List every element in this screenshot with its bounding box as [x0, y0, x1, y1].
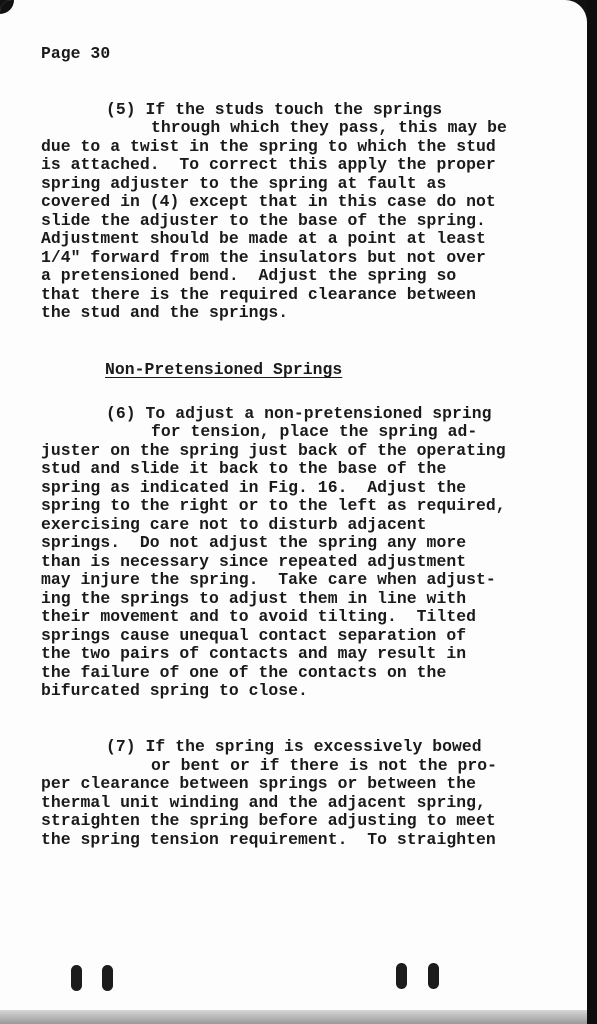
text-line: the failure of one of the contacts on th… — [41, 663, 446, 682]
text-line: juster on the spring just back of the op… — [41, 441, 506, 460]
text-line: their movement and to avoid tilting. Til… — [41, 607, 476, 626]
text-line: slide the adjuster to the base of the sp… — [41, 211, 486, 230]
text-line: bifurcated spring to close. — [41, 681, 308, 700]
text-line: thermal unit winding and the adjacent sp… — [41, 793, 486, 812]
text-line: per clearance between springs or between… — [41, 774, 476, 793]
text-line: a pretensioned bend. Adjust the spring s… — [41, 266, 456, 285]
section-heading: Non-Pretensioned Springs — [105, 360, 342, 379]
text-line: is attached. To correct this apply the p… — [41, 155, 496, 174]
text-line: that there is the required clearance bet… — [41, 285, 476, 304]
text-line: due to a twist in the spring to which th… — [41, 137, 496, 156]
text-line: the stud and the springs. — [41, 303, 288, 322]
scan-bottom-edge — [0, 1010, 597, 1024]
text-line: the spring tension requirement. To strai… — [41, 830, 496, 849]
text-line: 1/4" forward from the insulators but not… — [41, 248, 486, 267]
binder-hole — [102, 965, 113, 991]
binder-hole — [396, 963, 407, 989]
scan-right-edge — [587, 0, 597, 1024]
text-line: through which they pass, this may be — [151, 118, 507, 137]
text-line: stud and slide it back to the base of th… — [41, 459, 446, 478]
text-line: the two pairs of contacts and may result… — [41, 644, 466, 663]
text-line: spring adjuster to the spring at fault a… — [41, 174, 446, 193]
text-line: exercising care not to disturb adjacent — [41, 515, 427, 534]
text-line: springs cause unequal contact separation… — [41, 626, 466, 645]
text-line: Adjustment should be made at a point at … — [41, 229, 486, 248]
text-line: may injure the spring. Take care when ad… — [41, 570, 496, 589]
text-line: (5) If the studs touch the springs — [106, 100, 442, 119]
page-number: Page 30 — [41, 44, 110, 63]
text-line: straighten the spring before adjusting t… — [41, 811, 496, 830]
scan-corner — [0, 0, 14, 14]
document-page: Page 30 (5) If the studs touch the sprin… — [0, 0, 587, 1012]
text-line: covered in (4) except that in this case … — [41, 192, 496, 211]
text-line: spring to the right or to the left as re… — [41, 496, 506, 515]
text-line: (6) To adjust a non-pretensioned spring — [106, 404, 492, 423]
binder-hole — [71, 965, 82, 991]
text-line: than is necessary since repeated adjustm… — [41, 552, 466, 571]
text-line: (7) If the spring is excessively bowed — [106, 737, 482, 756]
text-line: spring as indicated in Fig. 16. Adjust t… — [41, 478, 466, 497]
binder-hole — [428, 963, 439, 989]
text-line: springs. Do not adjust the spring any mo… — [41, 533, 466, 552]
text-line: ing the springs to adjust them in line w… — [41, 589, 466, 608]
text-line: for tension, place the spring ad- — [151, 422, 477, 441]
text-line: or bent or if there is not the pro- — [151, 756, 497, 775]
